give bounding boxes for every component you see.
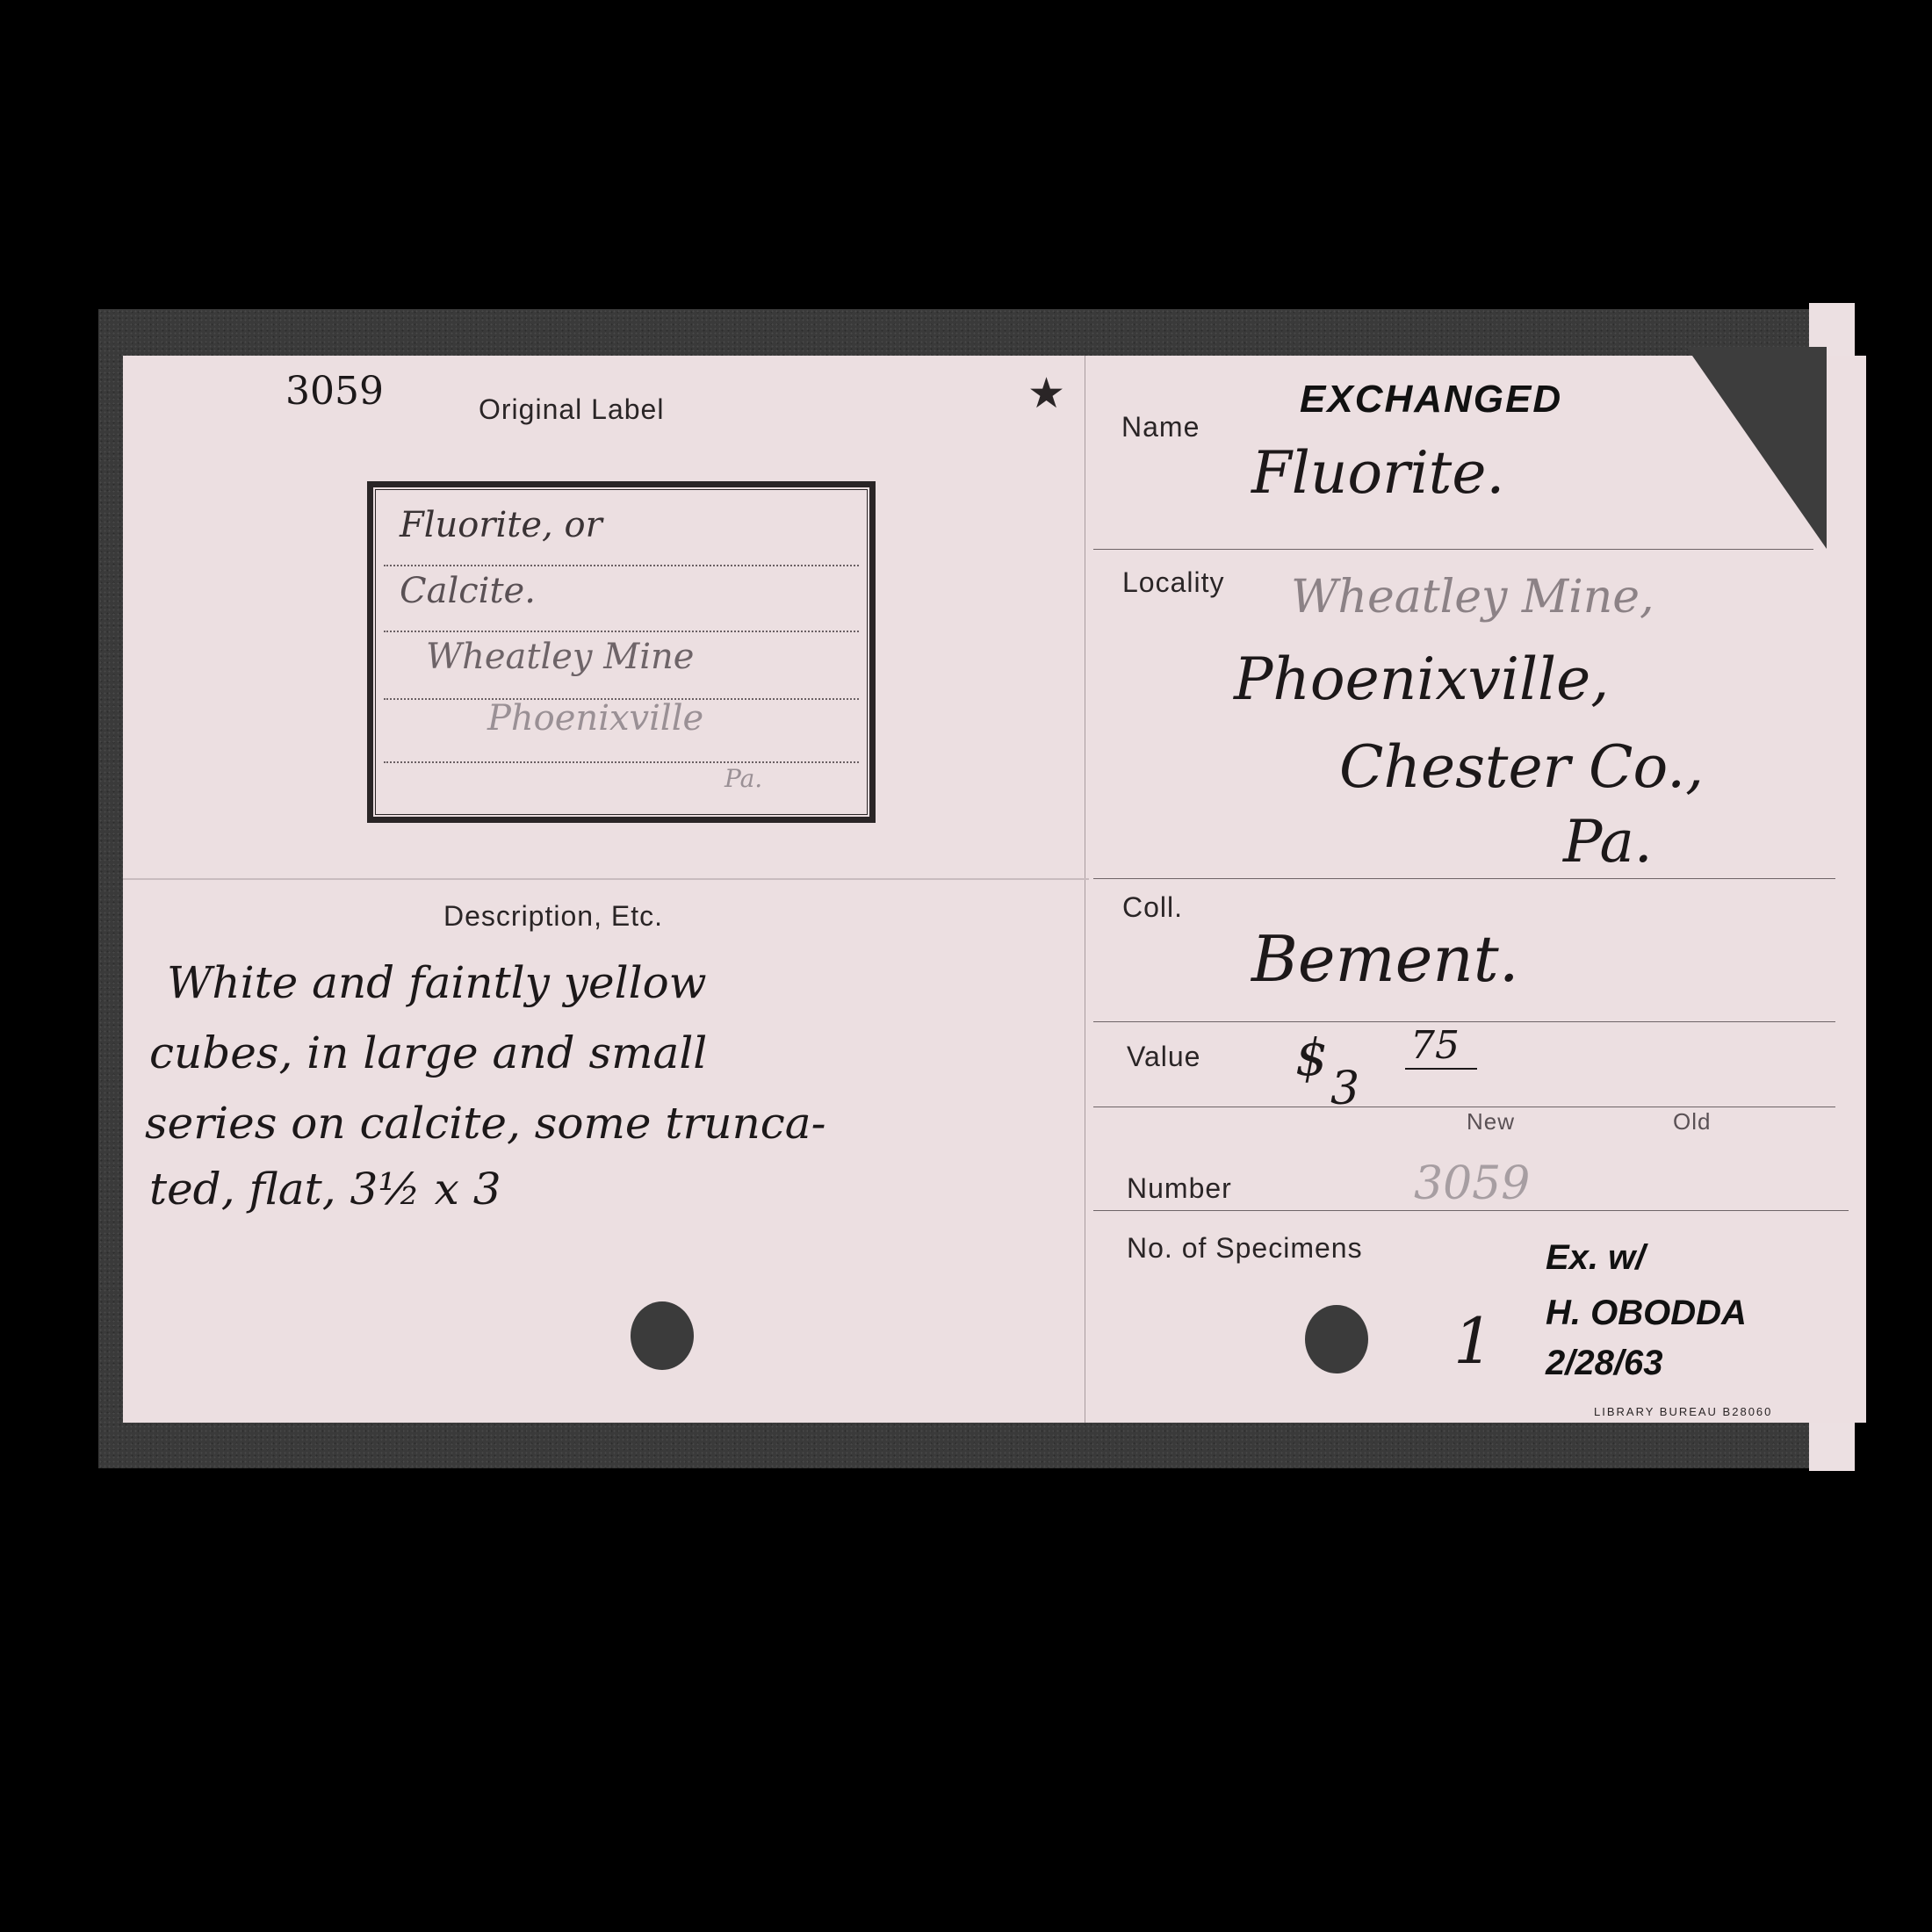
description-line: series on calcite, some trunca- — [145, 1098, 826, 1149]
value-dollars: 3 — [1330, 1063, 1359, 1115]
description-line: ted, flat, 3½ x 3 — [149, 1164, 501, 1215]
rule-value — [1093, 1107, 1835, 1107]
printer-mark: LIBRARY BUREAU B28060 — [1594, 1405, 1772, 1418]
name-label: Name — [1121, 411, 1200, 443]
rule-name — [1093, 549, 1813, 550]
locality-line: Wheatley Mine, — [1291, 571, 1654, 624]
coll-label: Coll. — [1122, 891, 1183, 924]
description-line: White and faintly yellow — [167, 957, 707, 1008]
original-label-line: Calcite. — [400, 571, 536, 611]
rule-locality — [1093, 878, 1835, 879]
coll-value: Bement. — [1251, 922, 1519, 996]
original-label-line: Fluorite, or — [400, 505, 602, 545]
rule-number — [1093, 1210, 1849, 1211]
exchanged-stamp: EXCHANGED — [1300, 378, 1562, 422]
specimens-label: No. of Specimens — [1127, 1232, 1363, 1265]
value-cents: 75 — [1405, 1023, 1477, 1070]
dotted-rule — [384, 631, 859, 632]
corner-cut — [1686, 347, 1827, 549]
description-heading: Description, Etc. — [443, 900, 663, 933]
fold-crease — [123, 878, 1089, 880]
punch-hole — [631, 1301, 694, 1370]
locality-label: Locality — [1122, 566, 1225, 599]
catalog-number: 3059 — [285, 369, 384, 414]
specimens-value: 1 — [1453, 1304, 1494, 1378]
star-icon: ★ — [1027, 369, 1065, 418]
original-label-line: Wheatley Mine — [426, 637, 694, 677]
original-label-box: Fluorite, or Calcite. Wheatley Mine Phoe… — [367, 481, 876, 823]
original-label-line: Pa. — [724, 764, 762, 793]
number-label: Number — [1127, 1172, 1232, 1205]
value-currency: $ — [1295, 1027, 1328, 1087]
exchange-note-line: Ex. w/ — [1546, 1238, 1645, 1278]
name-value: Fluorite. — [1251, 439, 1504, 507]
dotted-rule — [384, 565, 859, 566]
value-new-label: New — [1467, 1108, 1515, 1135]
dotted-rule — [384, 761, 859, 763]
punch-hole — [1305, 1305, 1368, 1373]
description-line: cubes, in large and small — [149, 1027, 707, 1078]
value-old-label: Old — [1673, 1108, 1711, 1135]
original-label-heading: Original Label — [479, 393, 664, 426]
original-label-line: Phoenixville — [487, 698, 703, 739]
locality-line: Phoenixville, — [1234, 645, 1609, 713]
number-value: 3059 — [1414, 1157, 1530, 1210]
locality-line: Chester Co., — [1339, 733, 1704, 801]
exchange-note-line: 2/28/63 — [1546, 1344, 1662, 1383]
locality-line: Pa. — [1563, 808, 1653, 876]
value-label: Value — [1127, 1041, 1200, 1073]
rule-coll — [1093, 1021, 1835, 1022]
exchange-note-line: H. OBODDA — [1546, 1294, 1747, 1333]
column-divider — [1085, 356, 1085, 1423]
